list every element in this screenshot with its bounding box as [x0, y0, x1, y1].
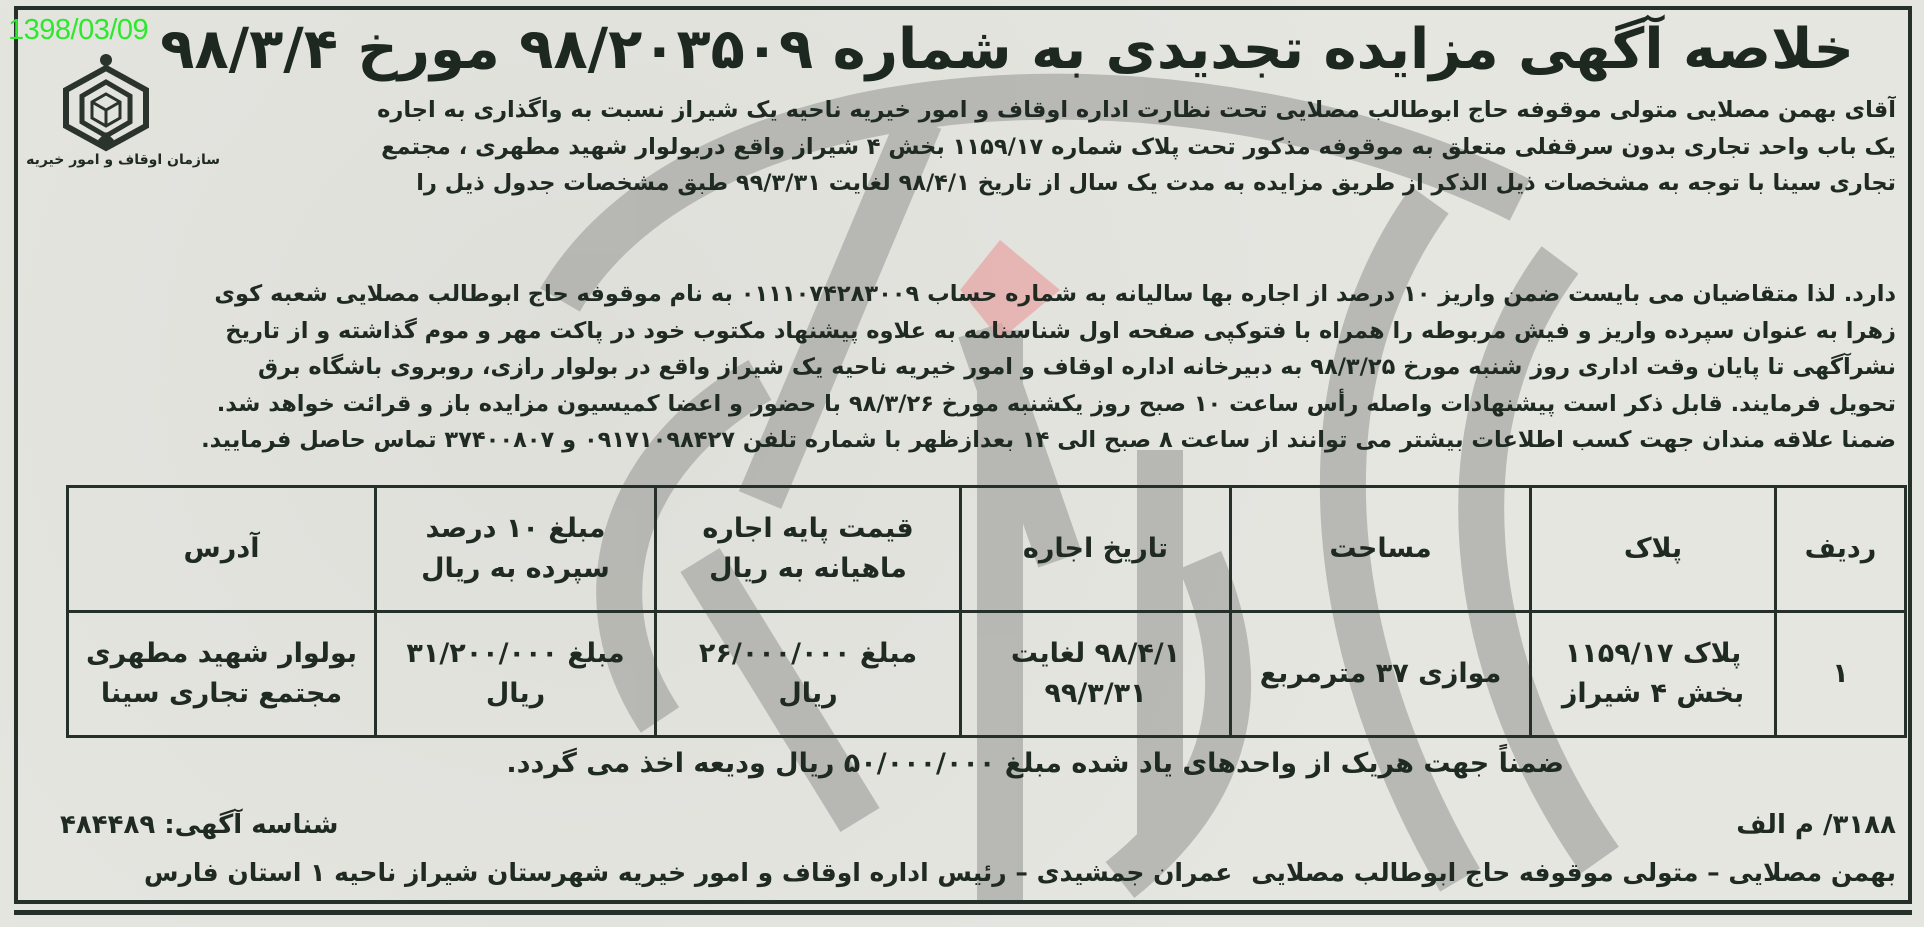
- endowment-organization-logo-icon: [58, 52, 154, 152]
- header-base-rent: قیمت پایه اجاره ماهیانه به ریال: [656, 487, 961, 612]
- header-address: آدرس: [68, 487, 376, 612]
- ad-code: ۳۱۸۸/ م الف: [1736, 810, 1896, 840]
- paragraph-line: دارد. لذا متقاضیان می بایست ضمن واریز ۱۰…: [16, 276, 1896, 313]
- cell-base-rent: مبلغ ۲۶/۰۰۰/۰۰۰ ریال: [656, 612, 961, 737]
- paragraph-line: زهرا به عنوان سپرده واریز و فیش مربوطه ر…: [16, 313, 1896, 350]
- table-row: ۱ پلاک ۱۱۵۹/۱۷ بخش ۴ شیراز موازی ۳۷ مترم…: [68, 612, 1906, 737]
- instructions-paragraph: دارد. لذا متقاضیان می بایست ضمن واریز ۱۰…: [16, 276, 1896, 459]
- signature-trustee: بهمن مصلایی – متولی موقوفه حاج ابوطالب م…: [1251, 858, 1896, 887]
- cell-plaque: پلاک ۱۱۵۹/۱۷ بخش ۴ شیراز: [1531, 612, 1776, 737]
- auction-spec-table: ردیف پلاک مساحت تاریخ اجاره قیمت پایه اج…: [66, 485, 1907, 738]
- header-lease-date: تاریخ اجاره: [961, 487, 1231, 612]
- deposit-note: ضمناً جهت هریک از واحدهای یاد شده مبلغ ۵…: [364, 748, 1564, 779]
- paragraph-line: نشرآگهی تا پایان وقت اداری روز شنبه مورخ…: [16, 349, 1896, 386]
- date-stamp: 1398/03/09: [8, 14, 148, 47]
- header-row-number: ردیف: [1776, 487, 1906, 612]
- signature-office-head: عمران جمشیدی – رئیس اداره اوقاف و امور خ…: [144, 858, 1232, 887]
- cell-deposit: مبلغ ۳۱/۲۰۰/۰۰۰ ریال: [376, 612, 656, 737]
- header-plaque: پلاک: [1531, 487, 1776, 612]
- paragraph-line: یک باب واحد تجاری بدون سرقفلی متعلق به م…: [206, 129, 1896, 166]
- ad-content: خلاصه آگهی مزایده تجدیدی به شماره ۹۸/۲۰۳…: [0, 0, 1924, 927]
- paragraph-line: ضمنا علاقه مندان جهت کسب اطلاعات بیشتر م…: [16, 422, 1896, 459]
- cell-row-number: ۱: [1776, 612, 1906, 737]
- cell-lease-date: ۹۸/۴/۱ لغایت ۹۹/۳/۳۱: [961, 612, 1231, 737]
- logo-caption: سازمان اوقاف و امور خیریه: [30, 152, 220, 168]
- ad-id: شناسه آگهی: ۴۸۴۴۸۹: [60, 810, 339, 840]
- header-deposit: مبلغ ۱۰ درصد سپرده به ریال: [376, 487, 656, 612]
- table-header-row: ردیف پلاک مساحت تاریخ اجاره قیمت پایه اج…: [68, 487, 1906, 612]
- paragraph-line: تجاری سینا با توجه به مشخصات ذیل الذکر ا…: [206, 165, 1896, 202]
- paragraph-line: تحویل فرمایند. قابل ذکر است پیشنهادات وا…: [16, 386, 1896, 423]
- ad-title: خلاصه آگهی مزایده تجدیدی به شماره ۹۸/۲۰۳…: [294, 10, 1854, 90]
- cell-address: بولوار شهید مطهری مجتمع تجاری سینا: [68, 612, 376, 737]
- intro-paragraph: آقای بهمن مصلایی متولی موقوفه حاج ابوطال…: [206, 92, 1896, 202]
- header-area: مساحت: [1231, 487, 1531, 612]
- cell-area: موازی ۳۷ مترمربع: [1231, 612, 1531, 737]
- paragraph-line: آقای بهمن مصلایی متولی موقوفه حاج ابوطال…: [206, 92, 1896, 129]
